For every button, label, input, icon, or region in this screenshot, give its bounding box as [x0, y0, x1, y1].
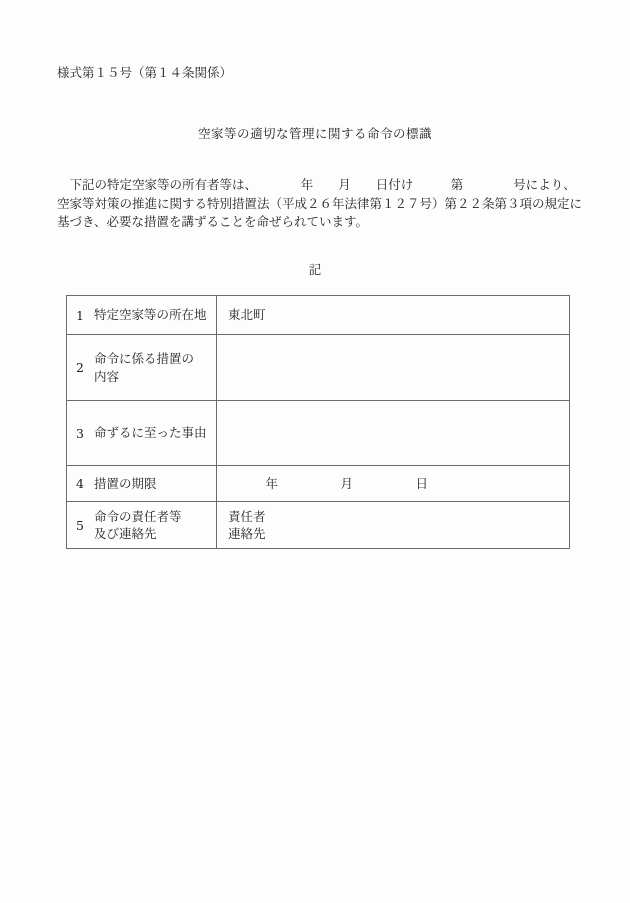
row-label: 措置の期限: [94, 475, 157, 493]
row-label-cell: 1 特定空家等の所在地: [67, 296, 217, 334]
table-row-location: 1 特定空家等の所在地 東北町: [67, 296, 569, 334]
body-line-3: 基づき、必要な措置を講ずることを命ぜられています。: [57, 213, 577, 232]
table-row-measures: 2 命令に係る措置の 内容: [67, 334, 569, 400]
row-value-cell: [217, 335, 569, 400]
document-page: 様式第１５号（第１４条関係） 空家等の適切な管理に関する命令の標識 下記の特定空…: [0, 0, 630, 903]
row-label-cell: 5 命令の責任者等 及び連絡先: [67, 502, 217, 548]
row-label-cell: 4 措置の期限: [67, 466, 217, 501]
row-value-line2: 連絡先: [228, 525, 569, 543]
row-label-cell: 2 命令に係る措置の 内容: [67, 335, 217, 400]
row-value-cell: [217, 401, 569, 465]
table-row-deadline: 4 措置の期限 年 月 日: [67, 465, 569, 501]
body-line-1: 下記の特定空家等の所有者等は、 年 月 日付け 第 号により、: [57, 176, 577, 195]
form-table: 1 特定空家等の所在地 東北町 2 命令に係る措置の 内容: [66, 295, 570, 549]
row-number: 1: [76, 308, 94, 323]
row-label-cell: 3 命ずるに至った事由: [67, 401, 217, 465]
row-label: 命令に係る措置の: [94, 350, 194, 368]
row-label: 特定空家等の所在地: [94, 306, 207, 324]
row-value-cell: 東北町: [217, 296, 569, 334]
row-label-line2: 及び連絡先: [94, 525, 182, 543]
table-row-reason: 3 命ずるに至った事由: [67, 400, 569, 465]
row-number: 5: [76, 518, 94, 533]
row-value-cell: 責任者 連絡先: [217, 502, 569, 548]
page-title: 空家等の適切な管理に関する命令の標識: [0, 124, 630, 142]
table-row-contact: 5 命令の責任者等 及び連絡先 責任者 連絡先: [67, 501, 569, 548]
body-paragraph: 下記の特定空家等の所有者等は、 年 月 日付け 第 号により、 空家等対策の推進…: [57, 176, 577, 232]
row-value: 責任者: [228, 508, 569, 526]
row-value: 東北町: [228, 306, 569, 324]
row-value-cell: 年 月 日: [217, 466, 569, 501]
record-label: 記: [0, 260, 630, 278]
row-label-line2: 内容: [94, 368, 194, 386]
body-line-2: 空家等対策の推進に関する特別措置法（平成２６年法律第１２７号）第２２条第３項の規…: [57, 195, 577, 214]
row-label: 命ずるに至った事由: [94, 424, 207, 442]
row-number: 2: [76, 360, 94, 375]
row-number: 3: [76, 426, 94, 441]
row-label: 命令の責任者等: [94, 508, 182, 526]
row-value: 年 月 日: [228, 475, 569, 493]
row-number: 4: [76, 476, 94, 491]
form-number: 様式第１５号（第１４条関係）: [57, 63, 232, 81]
